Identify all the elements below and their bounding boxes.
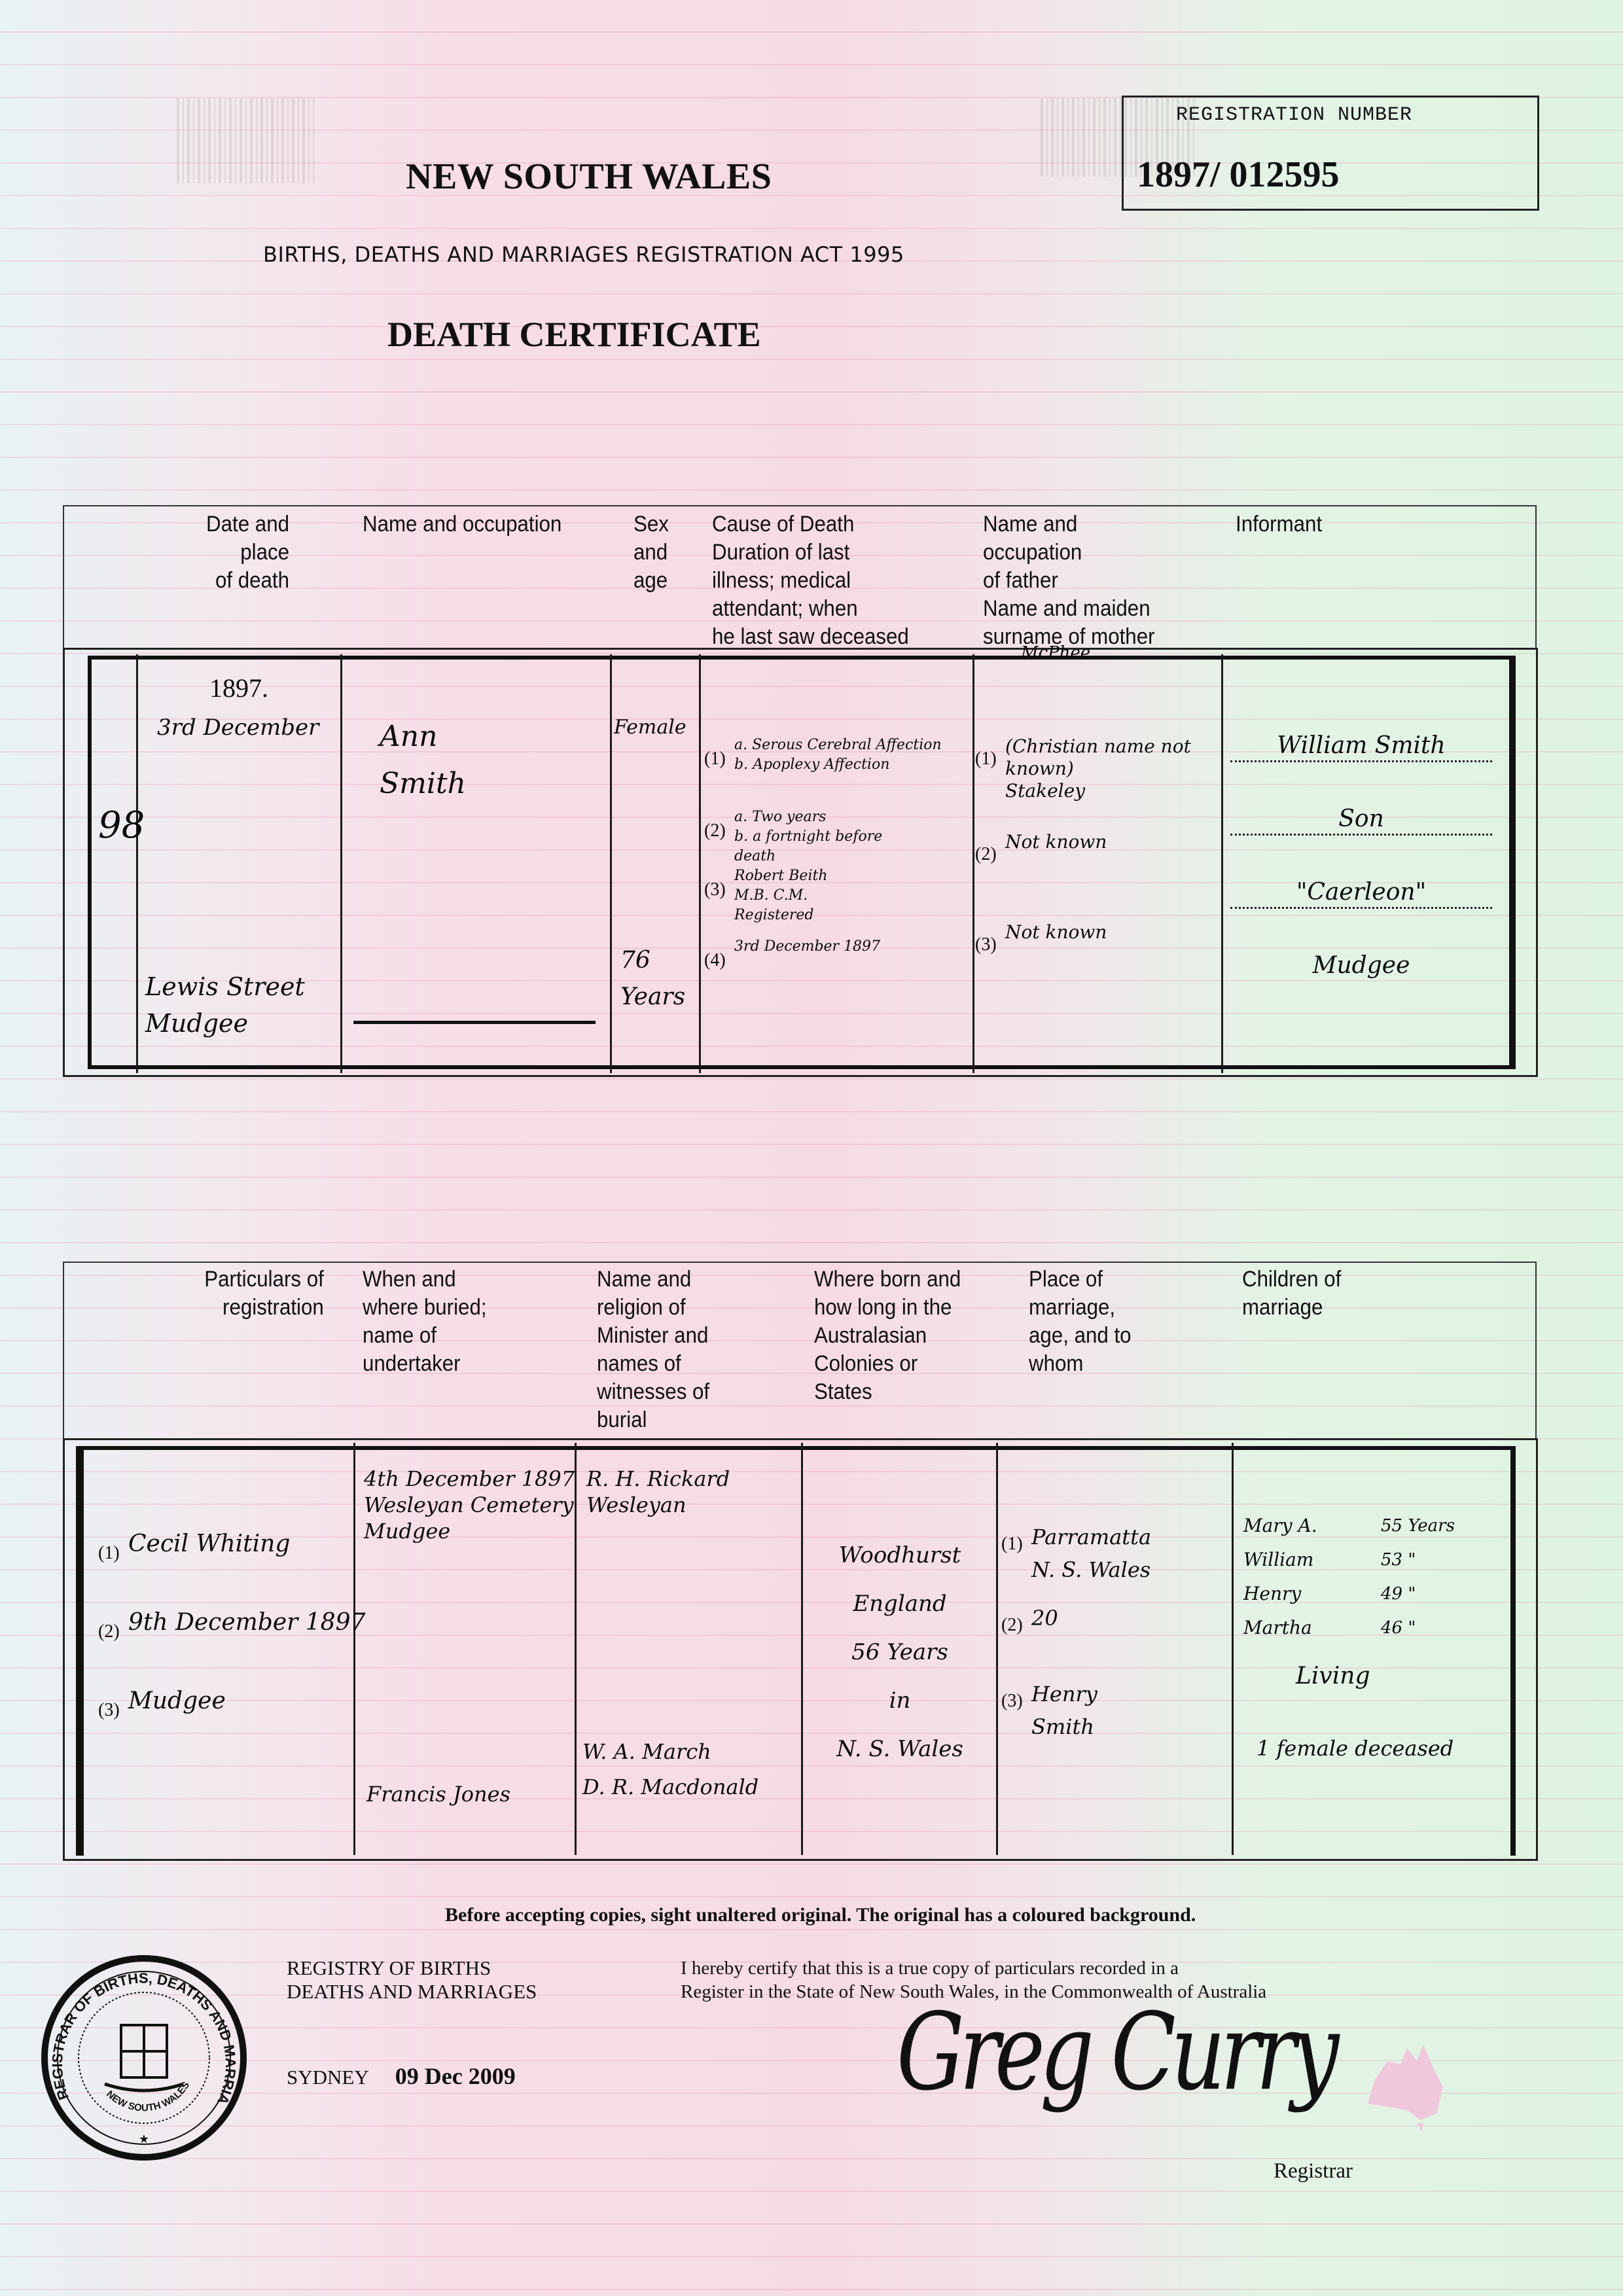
- col-children: Children of marriage: [1242, 1265, 1341, 1322]
- svg-text:★: ★: [139, 2132, 149, 2146]
- item-number: (1): [975, 745, 997, 773]
- burial-record-inner: [76, 1446, 1516, 1856]
- birthplace: Woodhurst England 56 Years in N. S. Wale…: [811, 1531, 988, 1773]
- registrar-label: Registrar: [1274, 2159, 1353, 2183]
- mother-surname-above: McPhee: [1021, 639, 1090, 667]
- informant-line: Son: [1230, 805, 1492, 836]
- child-name: William: [1243, 1545, 1313, 1574]
- death-header: Date and place of death Name and occupat…: [63, 505, 1537, 649]
- certificate-title: DEATH CERTIFICATE: [387, 314, 761, 355]
- child-age: 49 ": [1381, 1580, 1416, 1608]
- divider: [1232, 1443, 1234, 1855]
- divider: [575, 1443, 577, 1855]
- item-text: 3rd December 1897: [734, 937, 880, 957]
- registry-name: REGISTRY OF BIRTHS DEATHS AND MARRIAGES: [287, 1956, 537, 2004]
- item-text: 9th December 1897: [128, 1608, 365, 1637]
- col-birthplace: Where born and how long in the Australas…: [814, 1265, 961, 1406]
- col-minister: Name and religion of Minister and names …: [597, 1265, 709, 1434]
- item-number: (2): [704, 817, 726, 845]
- divider: [353, 1443, 355, 1855]
- deceased-age: 76 Years: [620, 942, 685, 1016]
- death-place: Lewis Street Mudgee: [145, 968, 305, 1042]
- col-date-place: Date and place of death: [169, 510, 289, 595]
- divider: [610, 654, 612, 1073]
- deceased-sex: Female: [614, 713, 687, 742]
- col-parents: Name and occupation of father Name and m…: [983, 510, 1155, 651]
- item-text: Cecil Whiting: [128, 1530, 290, 1559]
- informant-line: Mudgee: [1230, 951, 1492, 980]
- registration-number: 1897/ 012595: [1137, 154, 1340, 196]
- child-age: 46 ": [1381, 1614, 1416, 1642]
- item-number: (3): [704, 875, 726, 904]
- children-status: Living: [1296, 1662, 1370, 1691]
- item-number: (2): [975, 840, 997, 869]
- item-text: Robert Beith M.B. C.M. Registered: [734, 866, 828, 925]
- item-number: (1): [704, 745, 726, 773]
- divider: [996, 1443, 998, 1855]
- issue-city: SYDNEY: [287, 2066, 369, 2089]
- issue-date: 09 Dec 2009: [395, 2063, 516, 2089]
- state-title: NEW SOUTH WALES: [406, 156, 772, 198]
- item-text: a. Serous Cerebral Affection b. Apoplexy…: [734, 735, 942, 775]
- item-text: Mudgee: [128, 1687, 226, 1716]
- deceased-name: Ann Smith: [380, 713, 466, 807]
- item-number: (3): [98, 1696, 120, 1725]
- col-burial: When and where buried; name of undertake…: [363, 1265, 487, 1378]
- occupation-dash: [353, 1021, 596, 1024]
- burial-details: 4th December 1897 Wesleyan Cemetery Mudg…: [364, 1466, 575, 1544]
- witnesses: W. A. March D. R. Macdonald: [582, 1734, 758, 1805]
- svg-text:REGISTRAR OF BIRTHS, DEATHS AN: REGISTRAR OF BIRTHS, DEATHS AND MARRIAGE…: [39, 1953, 239, 2107]
- divider: [801, 1443, 803, 1855]
- item-text: 20: [1031, 1602, 1058, 1634]
- informant-line: William Smith: [1230, 732, 1492, 762]
- item-number: (1): [98, 1539, 120, 1568]
- col-sex-age: Sex and age: [633, 510, 669, 595]
- item-number: (2): [1001, 1611, 1023, 1640]
- col-registration: Particulars of registration: [179, 1265, 324, 1322]
- informant-line: "Caerleon": [1230, 878, 1492, 909]
- issue-location: SYDNEY09 Dec 2009: [287, 2062, 516, 2090]
- act-line: BIRTHS, DEATHS AND MARRIAGES REGISTRATIO…: [263, 242, 904, 267]
- item-number: (4): [704, 946, 726, 975]
- security-background: [0, 0, 1623, 2296]
- col-cause: Cause of Death Duration of last illness;…: [712, 510, 909, 651]
- child-name: Martha: [1243, 1614, 1312, 1642]
- divider: [1221, 654, 1223, 1073]
- item-text: Parramatta N. S. Wales: [1031, 1521, 1151, 1586]
- divider: [136, 654, 138, 1073]
- divider: [699, 654, 701, 1073]
- australia-map-icon: [1361, 2041, 1446, 2133]
- minister: R. H. Rickard Wesleyan: [586, 1466, 730, 1518]
- registrar-seal-icon: REGISTRAR OF BIRTHS, DEATHS AND MARRIAGE…: [39, 1953, 249, 2163]
- child-age: 55 Years: [1381, 1511, 1455, 1540]
- divider: [972, 654, 974, 1073]
- item-text: Not known: [1005, 831, 1107, 853]
- registration-label: REGISTRATION NUMBER: [1176, 104, 1412, 126]
- item-number: (3): [975, 930, 997, 959]
- item-text: (Christian name not known) Stakeley: [1005, 735, 1191, 802]
- burial-header: Particulars of registration When and whe…: [63, 1262, 1537, 1439]
- col-informant: Informant: [1236, 510, 1322, 539]
- item-number: (1): [1001, 1530, 1023, 1559]
- death-year: 1897.: [209, 674, 268, 703]
- entry-number: 98: [98, 811, 145, 840]
- col-marriage: Place of marriage, age, and to whom: [1029, 1265, 1132, 1378]
- undertaker: Francis Jones: [366, 1780, 510, 1809]
- col-name-occupation: Name and occupation: [363, 510, 562, 539]
- registration-box: REGISTRATION NUMBER 1897/ 012595: [1122, 96, 1539, 211]
- notice-text: Before accepting copies, sight unaltered…: [445, 1904, 1196, 1926]
- registrar-signature: Greg Curry: [897, 1990, 1334, 2114]
- child-name: Henry: [1243, 1580, 1301, 1608]
- item-text: Henry Smith: [1031, 1678, 1097, 1743]
- child-age: 53 ": [1381, 1545, 1416, 1574]
- faint-barcode-top: [177, 98, 314, 183]
- children-deceased: 1 female deceased: [1257, 1734, 1454, 1763]
- death-date: 3rd December: [157, 713, 319, 742]
- child-name: Mary A.: [1243, 1511, 1317, 1540]
- item-text: Not known: [1005, 921, 1107, 944]
- divider: [340, 654, 342, 1073]
- item-text: a. Two years b. a fortnight before death: [734, 807, 882, 866]
- item-number: (3): [1001, 1687, 1023, 1716]
- item-number: (2): [98, 1617, 120, 1646]
